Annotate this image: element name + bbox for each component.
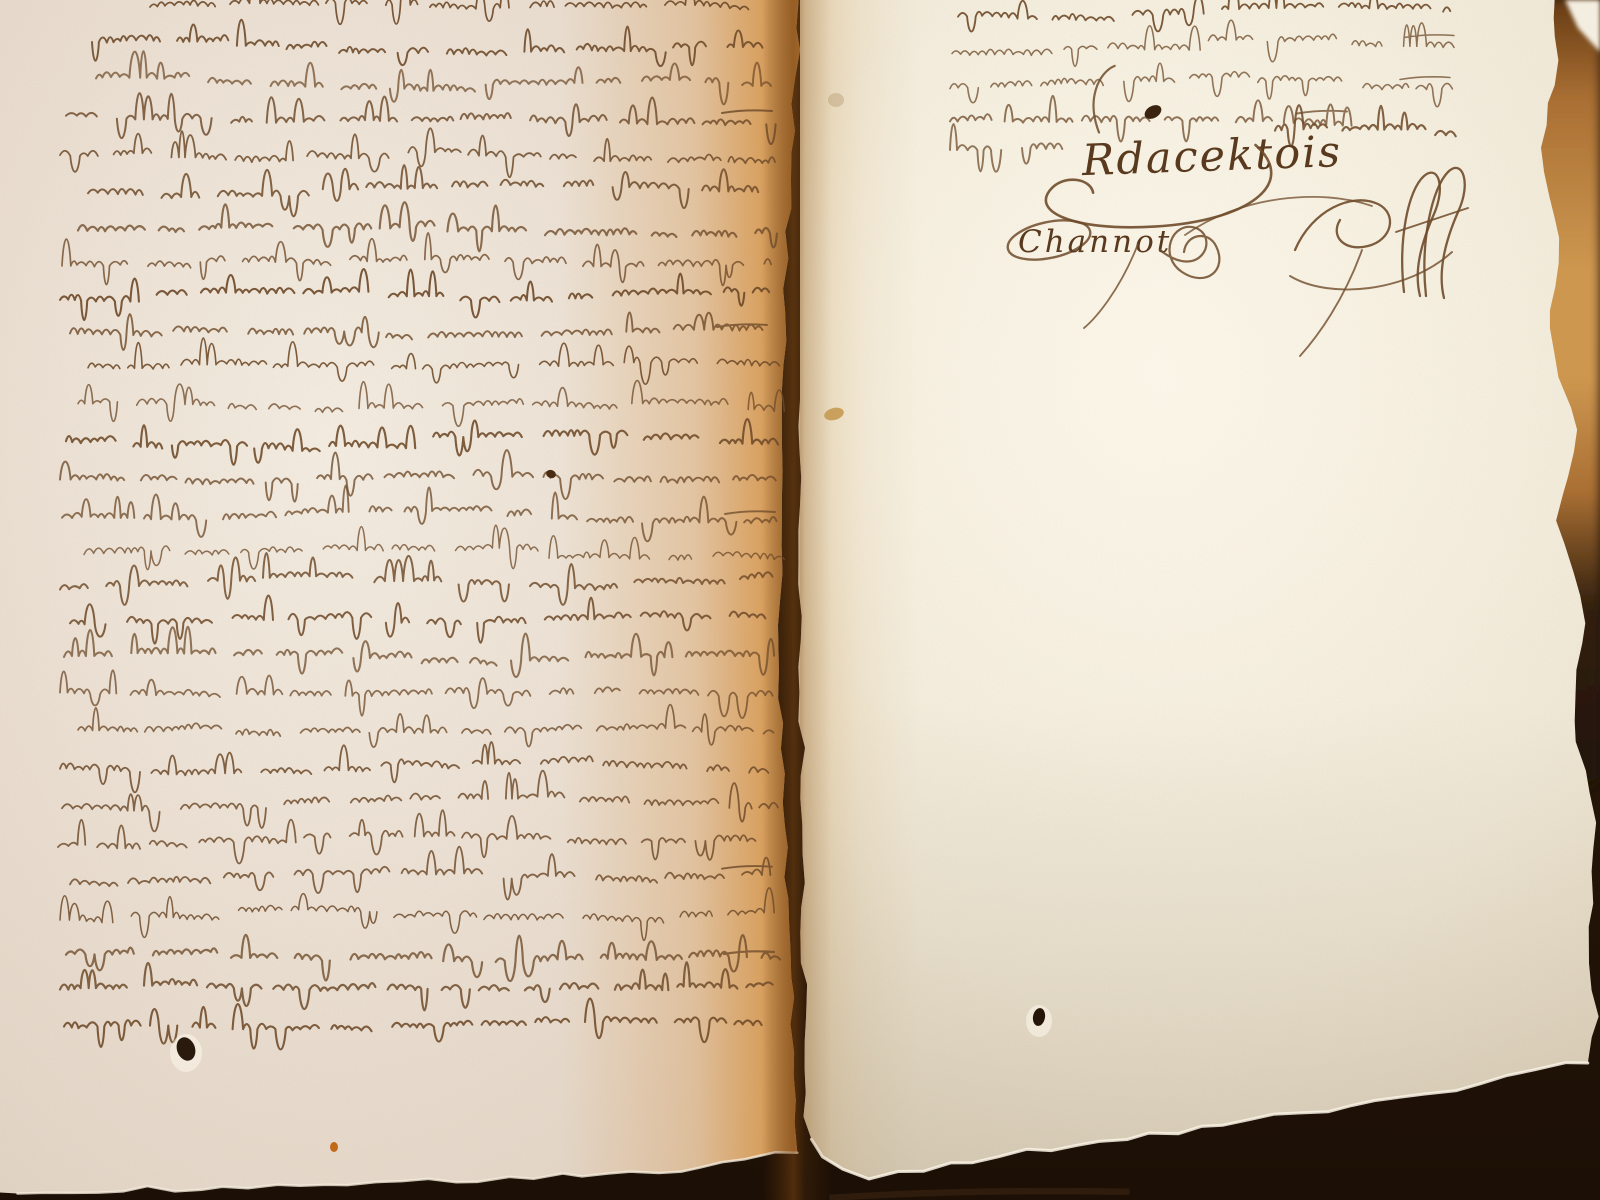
signature-name: Channot (1018, 224, 1172, 260)
manuscript-photo: Rdacektois Channot (0, 0, 1600, 1200)
manuscript-scene: Rdacektois Channot (0, 0, 1600, 1200)
gutter-shadow (762, 0, 832, 1200)
orange-speck (330, 1142, 338, 1152)
calligraphic-word: Rdacektois (1080, 127, 1343, 186)
dent-right-page (828, 93, 844, 107)
